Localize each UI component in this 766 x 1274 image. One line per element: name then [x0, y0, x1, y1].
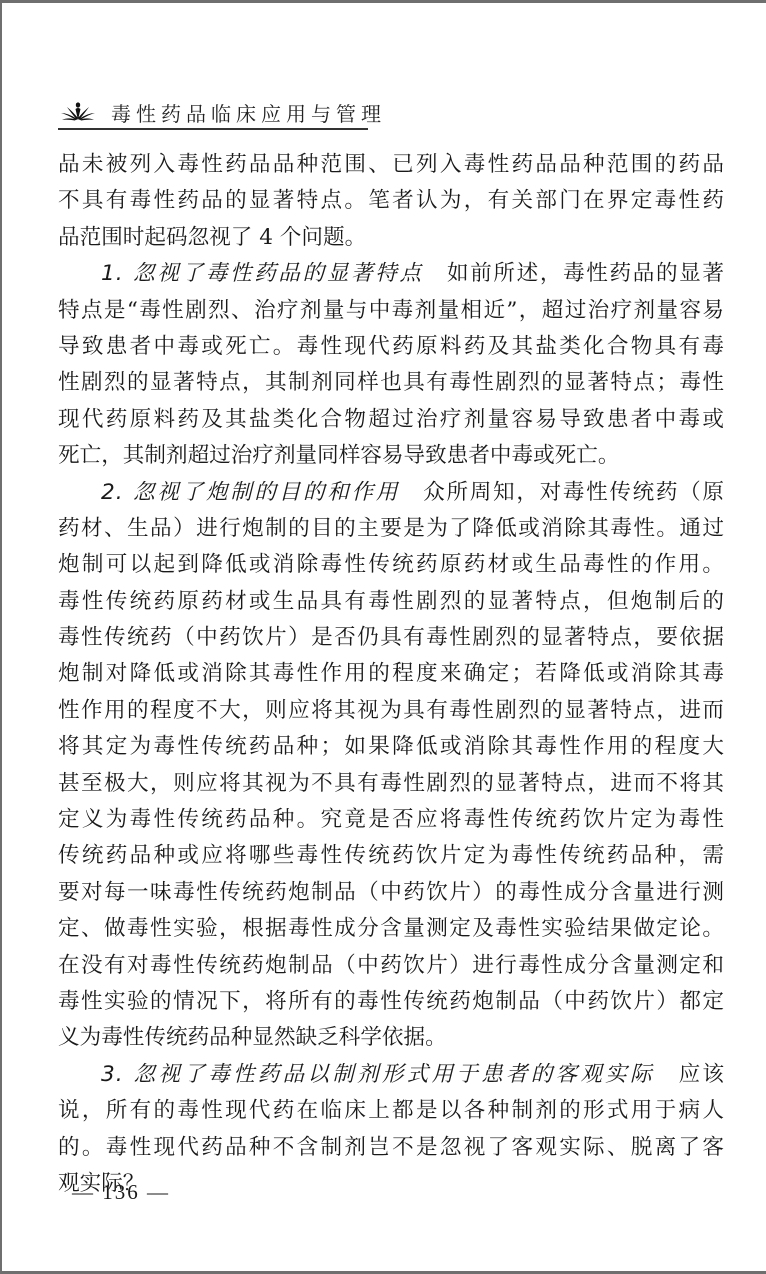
- text-run: 众所周知，对毒性传统药（原: [400, 480, 724, 505]
- text-line: 品范围时起码忽视了 4 个问题。: [58, 220, 724, 256]
- text-line: 在没有对毒性传统药炮制品（中药饮片）进行毒性成分含量测定和: [58, 948, 724, 984]
- section-heading: 1. 忽视了毒性药品的显著特点: [101, 261, 424, 286]
- text-line: 的。毒性现代药品种不含制剂岂不是忽视了客观实际、脱离了客: [58, 1130, 724, 1166]
- text-line: 药材、生品）进行炮制的目的主要是为了降低或消除其毒性。通过: [58, 511, 724, 547]
- header-rule: [58, 128, 368, 130]
- text-line: 现代药原料药及其盐类化合物超过治疗剂量容易导致患者中毒或: [58, 402, 724, 438]
- running-head: 毒性药品临床应用与管理: [58, 96, 368, 128]
- page-frame-left: [0, 0, 2, 1274]
- text-line: 毒性传统药（中药饮片）是否仍具有毒性剧烈的显著特点，要依据: [58, 620, 724, 656]
- text-line: 品未被列入毒性药品品种范围、已列入毒性药品品种范围的药品: [58, 147, 724, 183]
- text-line: 说，所有的毒性现代药在临床上都是以各种制剂的形式用于病人: [58, 1093, 724, 1129]
- text-line: 要对每一味毒性传统药炮制品（中药饮片）的毒性成分含量进行测: [58, 875, 724, 911]
- text-line: 不具有毒性药品的显著特点。笔者认为，有关部门在界定毒性药: [58, 183, 724, 219]
- body-text: 品未被列入毒性药品品种范围、已列入毒性药品品种范围的药品 不具有毒性药品的显著特…: [58, 147, 724, 1202]
- section-heading: 3. 忽视了毒性药品以制剂形式用于患者的客观实际: [101, 1062, 655, 1087]
- section-heading-line-2: 2. 忽视了炮制的目的和作用 众所周知，对毒性传统药（原: [58, 475, 724, 511]
- text-line: 传统药品种或应将哪些毒性传统药饮片定为毒性传统药品种，需: [58, 838, 724, 874]
- text-line: 炮制对降低或消除其毒性作用的程度来确定；若降低或消除其毒: [58, 656, 724, 692]
- running-title: 毒性药品临床应用与管理: [111, 98, 386, 127]
- page-frame-top: [0, 0, 766, 3]
- text-line: 炮制可以起到降低或消除毒性传统药原药材或生品毒性的作用。: [58, 547, 724, 583]
- text-line: 定、做毒性实验，根据毒性成分含量测定及毒性实验结果做定论。: [58, 911, 724, 947]
- lotus-ornament-icon: [60, 102, 96, 122]
- text-line: 义为毒性传统药品种显然缺乏科学依据。: [58, 1020, 724, 1056]
- text-line: 甚至极大，则应将其视为不具有毒性剧烈的显著特点，进而不将其: [58, 766, 724, 802]
- text-line: 将其定为毒性传统药品种；如果降低或消除其毒性作用的程度大: [58, 729, 724, 765]
- text-line: 死亡，其制剂超过治疗剂量同样容易导致患者中毒或死亡。: [58, 438, 724, 474]
- page-number: — 136 —: [72, 1180, 170, 1205]
- text-run: 如前所述，毒性药品的显著: [424, 261, 724, 286]
- text-line: 性剧烈的显著特点，其制剂同样也具有毒性剧烈的显著特点；毒性: [58, 365, 724, 401]
- section-heading-line-3: 3. 忽视了毒性药品以制剂形式用于患者的客观实际 应该: [58, 1057, 724, 1093]
- text-line: 导致患者中毒或死亡。毒性现代药原料药及其盐类化合物具有毒: [58, 329, 724, 365]
- text-line: 性作用的程度不大，则应将其视为具有毒性剧烈的显著特点，进而: [58, 693, 724, 729]
- section-heading: 2. 忽视了炮制的目的和作用: [101, 480, 400, 505]
- text-line: 定义为毒性传统药品种。究竟是否应将毒性传统药饮片定为毒性: [58, 802, 724, 838]
- text-line: 毒性实验的情况下，将所有的毒性传统药炮制品（中药饮片）都定: [58, 984, 724, 1020]
- text-line: 特点是“毒性剧烈、治疗剂量与中毒剂量相近”，超过治疗剂量容易: [58, 293, 724, 329]
- text-run: 应该: [655, 1062, 724, 1087]
- text-line: 毒性传统药原药材或生品具有毒性剧烈的显著特点，但炮制后的: [58, 584, 724, 620]
- section-heading-line-1: 1. 忽视了毒性药品的显著特点 如前所述，毒性药品的显著: [58, 256, 724, 292]
